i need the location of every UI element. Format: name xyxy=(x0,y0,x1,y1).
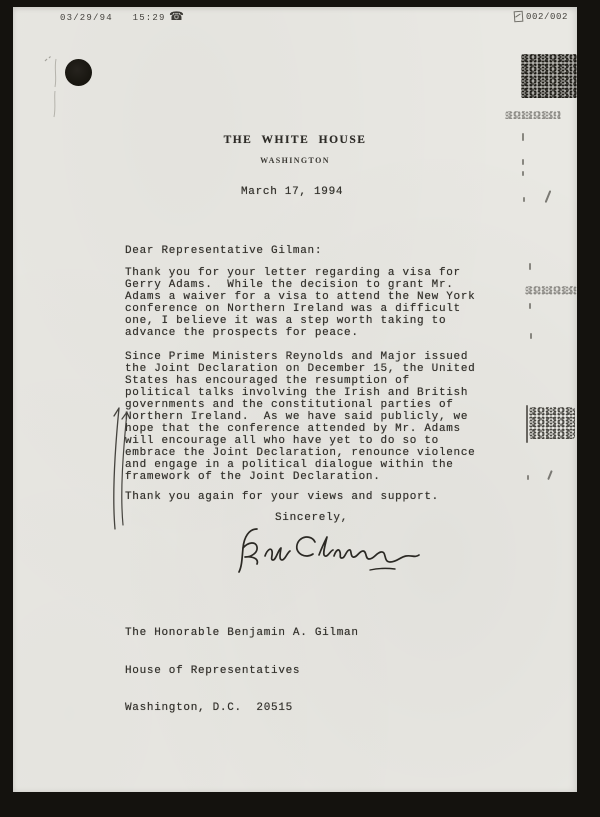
scan-slash-mark-1 xyxy=(545,190,551,203)
recipient-address: The Honorable Benjamin A. Gilman House o… xyxy=(125,602,359,740)
scan-smudge-top-right xyxy=(521,54,577,98)
hole-punch-mark xyxy=(65,59,92,86)
fax-page-count: 002/002 xyxy=(514,11,568,22)
fax-page-number: 002/002 xyxy=(526,12,568,22)
telephone-icon: ☎ xyxy=(169,9,184,23)
body-paragraph-2: Since Prime Ministers Reynolds and Major… xyxy=(125,351,475,483)
recipient-city: Washington, D.C. 20515 xyxy=(125,702,359,715)
scan-tick-5 xyxy=(529,263,531,270)
scan-tick-1 xyxy=(522,133,524,141)
white-house-title: THE WHITE HOUSE xyxy=(13,134,577,146)
scanned-fax-page: 03/29/94 15:29 ☎ 002/002 THE WHITE HOUSE… xyxy=(0,0,600,817)
paper-sheet: 03/29/94 15:29 ☎ 002/002 THE WHITE HOUSE… xyxy=(13,7,577,792)
handwritten-margin-emphasis-lines xyxy=(109,403,131,531)
letter-date: March 17, 1994 xyxy=(241,186,343,198)
scan-tick-4 xyxy=(523,197,525,202)
scan-smudge-mid-right xyxy=(529,407,575,439)
scan-tick-7 xyxy=(530,333,532,339)
scan-tick-6 xyxy=(529,303,531,309)
recipient-name: The Honorable Benjamin A. Gilman xyxy=(125,627,359,640)
scan-tick-8 xyxy=(527,475,529,480)
fax-datetime: 03/29/94 15:29 xyxy=(60,13,166,23)
scan-tick-2 xyxy=(522,159,524,165)
scan-slash-mark-2 xyxy=(547,470,552,480)
faint-margin-scribble xyxy=(43,47,65,127)
recipient-org: House of Representatives xyxy=(125,665,359,678)
washington-subtitle: WASHINGTON xyxy=(13,156,577,165)
bill-clinton-signature xyxy=(227,522,423,580)
fax-page-icon xyxy=(514,11,524,23)
closing-paragraph: Thank you again for your views and suppo… xyxy=(125,491,439,503)
scan-smudge-line-1 xyxy=(505,111,561,119)
salutation: Dear Representative Gilman: xyxy=(125,245,322,257)
scan-tick-3 xyxy=(522,171,524,176)
scan-smudge-line-2 xyxy=(525,286,577,295)
body-paragraph-1: Thank you for your letter regarding a vi… xyxy=(125,267,475,339)
scan-mark-vertical xyxy=(526,405,528,443)
